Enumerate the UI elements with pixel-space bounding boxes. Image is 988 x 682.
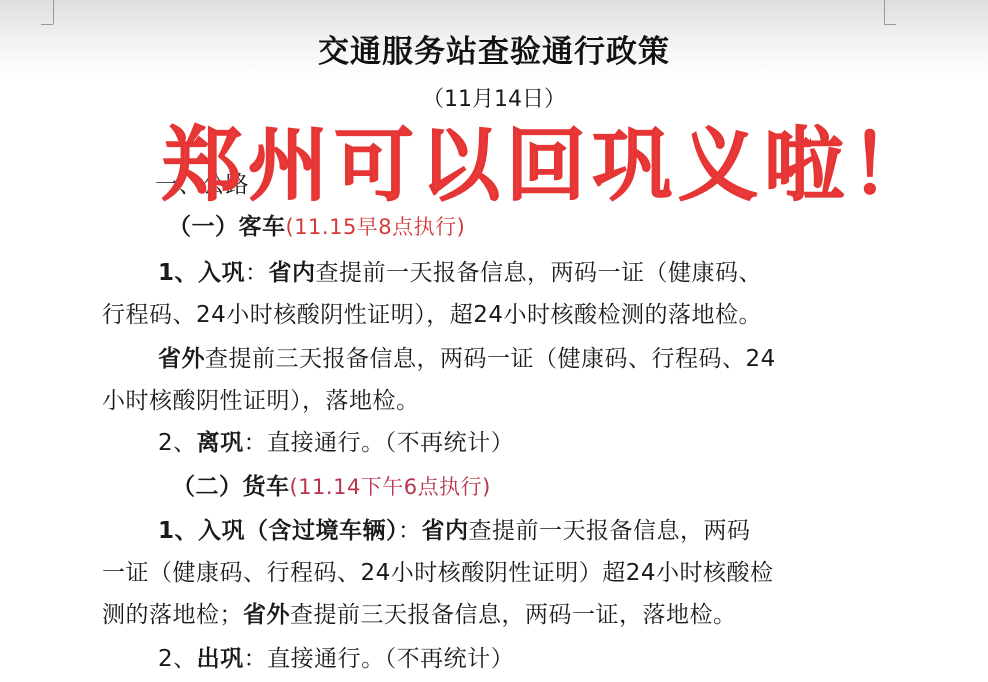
freight-heading-label: （二）货车 xyxy=(172,474,290,500)
crop-mark-top-left xyxy=(53,0,54,24)
exit-number: 2、 xyxy=(158,646,197,672)
freight-entry-label: 1、入巩（含过境车辆） xyxy=(158,518,398,544)
freight-line3-a: 测的落地检； xyxy=(102,602,243,628)
passenger-entry-label: 1、入巩 xyxy=(158,260,245,286)
in-province-label: 省内 xyxy=(269,260,316,286)
passenger-heading-note: (11.15早8点执行) xyxy=(286,215,466,239)
freight-exit-label: 出巩 xyxy=(197,646,244,672)
crop-mark-top-right xyxy=(884,0,885,24)
colon: ： xyxy=(245,260,269,286)
crop-mark-top-left-h xyxy=(41,24,53,25)
freight-entry-line-1: 1、入巩（含过境车辆）：省内查提前一天报备信息，两码 xyxy=(158,512,751,545)
passenger-heading-label: （一）客车 xyxy=(168,214,286,240)
out-province-label: 省外 xyxy=(243,602,290,628)
freight-entry-line-3: 测的落地检；省外查提前三天报备信息，两码一证，落地检。 xyxy=(102,596,737,629)
out-province-label: 省外 xyxy=(158,346,205,372)
passenger-entry-line-2: 行程码、24小时核酸阴性证明），超24小时核酸检测的落地检。 xyxy=(102,296,762,329)
passenger-exit-label: 离巩 xyxy=(197,430,244,456)
crop-mark-top-right-h xyxy=(884,24,896,25)
freight-heading-note: (11.14下午6点执行) xyxy=(290,475,491,499)
document-title: 交通服务站查验通行政策 xyxy=(0,26,988,71)
freight-exit-line: 2、出巩：直接通行。（不再统计） xyxy=(158,640,514,673)
exit-number: 2、 xyxy=(158,430,197,456)
out-province-text: 查提前三天报备信息，两码一证（健康码、行程码、24 xyxy=(205,346,776,372)
passenger-entry-line-1: 1、入巩：省内查提前一天报备信息，两码一证（健康码、 xyxy=(158,254,762,287)
freight-entry-line-2: 一证（健康码、行程码、24小时核酸阴性证明）超24小时核酸检 xyxy=(102,554,774,587)
colon: ： xyxy=(398,518,422,544)
passenger-exit-text: ：直接通行。（不再统计） xyxy=(244,430,515,456)
passenger-out-province-line-2: 小时核酸阴性证明），落地检。 xyxy=(102,382,420,415)
passenger-out-province-line-1: 省外查提前三天报备信息，两码一证（健康码、行程码、24 xyxy=(158,340,776,373)
in-province-text: 查提前一天报备信息，两码一证（健康码、 xyxy=(316,260,763,286)
document-date: （11月14日） xyxy=(0,82,988,113)
in-province-label: 省内 xyxy=(422,518,469,544)
freight-exit-text: ：直接通行。（不再统计） xyxy=(244,646,515,672)
freight-heading: （二）货车(11.14下午6点执行) xyxy=(172,468,491,501)
passenger-exit-line: 2、离巩：直接通行。（不再统计） xyxy=(158,424,514,457)
freight-line3-b: 查提前三天报备信息，两码一证，落地检。 xyxy=(290,602,737,628)
in-province-text: 查提前一天报备信息，两码 xyxy=(469,518,751,544)
overlay-banner: 郑州可以回巩义啦！ xyxy=(162,118,936,214)
